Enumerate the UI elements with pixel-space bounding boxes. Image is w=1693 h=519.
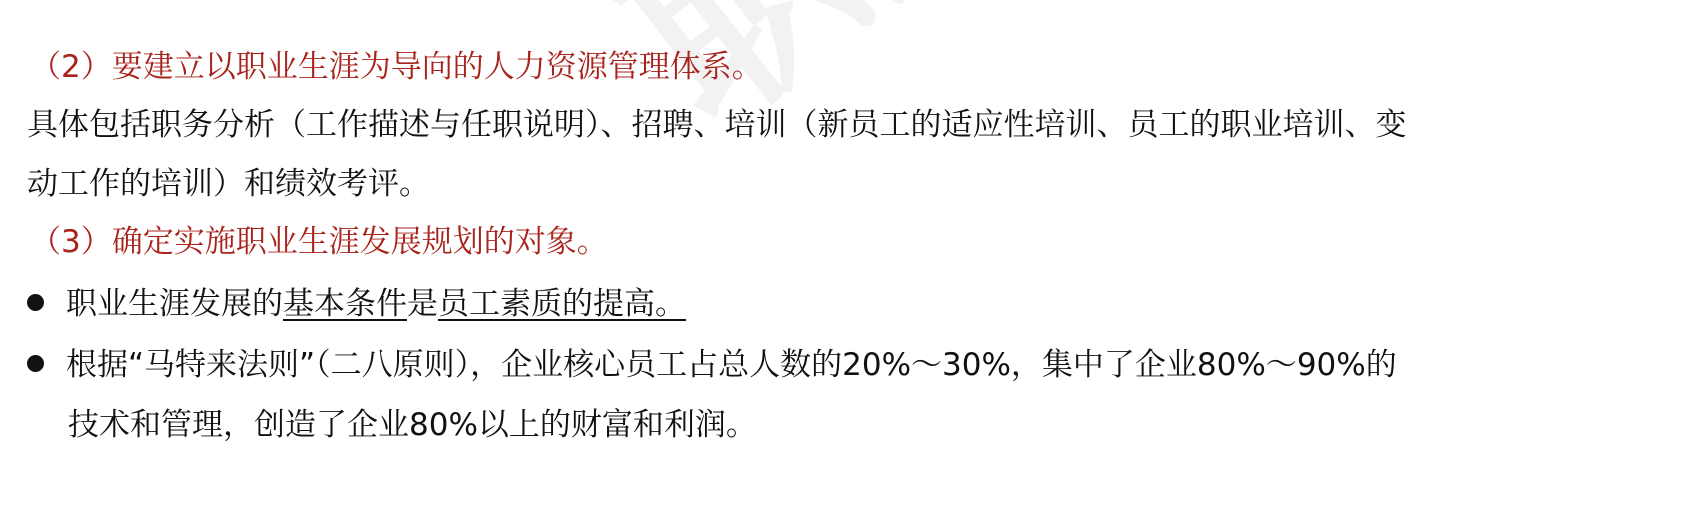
section-2-body-line-2: 动工作的培训）和绩效考评。 xyxy=(27,164,430,204)
section-2-heading: （2）要建立以职业生涯为导向的人力资源管理体系。 xyxy=(30,47,763,87)
bullet-2-line-1: 根据“马特来法则”（二八原则），企业核心员工占总人数的20%～30%，集中了企业… xyxy=(66,347,1397,383)
bullet-2-line-2: 技术和管理，创造了企业80%以上的财富和利润。 xyxy=(68,405,757,445)
bullet-icon xyxy=(27,294,44,311)
bullet-1-text-b: 是 xyxy=(407,286,438,322)
section-2-body-line-1: 具体包括职务分析（工作描述与任职说明）、招聘、培训（新员工的适应性培训、员工的职… xyxy=(27,105,1407,145)
bullet-icon xyxy=(27,355,44,372)
bullet-item-2: 根据“马特来法则”（二八原则），企业核心员工占总人数的20%～30%，集中了企业… xyxy=(27,345,1397,385)
watermark: 职知学堂 xyxy=(560,0,1439,178)
bullet-item-1: 职业生涯发展的基本条件是员工素质的提高。 xyxy=(27,284,686,324)
bullet-1-text-a: 职业生涯发展的 xyxy=(66,286,283,322)
bullet-1-underlined-basic-condition: 基本条件 xyxy=(283,286,407,322)
section-3-heading: （3）确定实施职业生涯发展规划的对象。 xyxy=(30,222,608,262)
bullet-1-underlined-quality: 员工素质的提高。 xyxy=(438,286,686,322)
